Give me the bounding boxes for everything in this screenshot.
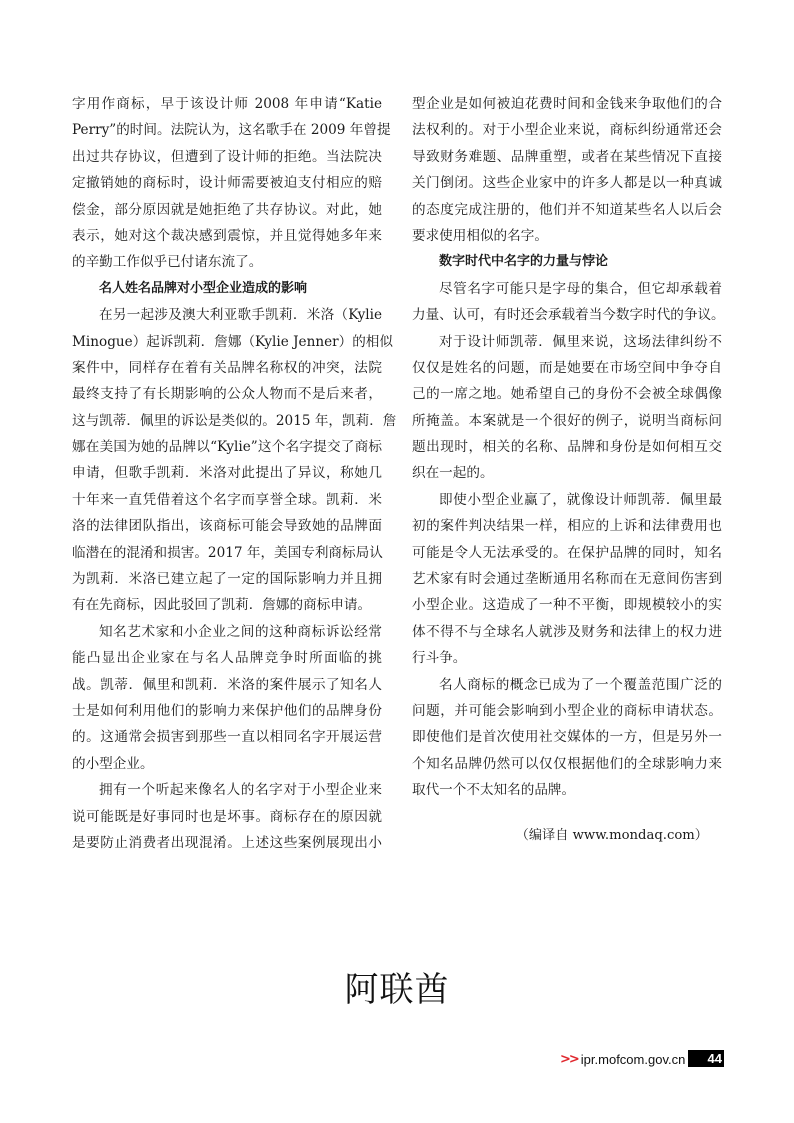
text-line: 知名艺术家和小企业之间的这种商标诉讼经常 bbox=[72, 619, 382, 645]
text-line: 说可能既是好事同时也是坏事。商标存在的原因就 bbox=[72, 804, 382, 830]
section-heading: 数字时代中名字的力量与悖论 bbox=[412, 249, 722, 275]
text-line: 行斗争。 bbox=[412, 645, 722, 671]
text-line: 的小型企业。 bbox=[72, 751, 382, 777]
text-line: 拥有一个听起来像名人的名字对于小型企业来 bbox=[72, 777, 382, 803]
text-line: 名人商标的概念已成为了一个覆盖范围广泛的 bbox=[412, 672, 722, 698]
text-line: 最终支持了有长期影响的公众人物而不是后来者， bbox=[72, 381, 382, 407]
text-line: 临潜在的混淆和损害。2017 年，美国专利商标局认 bbox=[72, 540, 382, 566]
text-line: 能凸显出企业家在与名人品牌竞争时所面临的挑 bbox=[72, 645, 382, 671]
text-line: 定撤销她的商标时，设计师需要被迫支付相应的赔 bbox=[72, 170, 382, 196]
text-line: 关门倒闭。这些企业家中的许多人都是以一种真诚 bbox=[412, 170, 722, 196]
text-line: 申请，但歌手凯莉．米洛对此提出了异议，称她几 bbox=[72, 460, 382, 486]
source-attribution: （编译自 www.mondaq.com） bbox=[412, 823, 722, 849]
text-line: 案件中，同样存在着有关品牌名称权的冲突，法院 bbox=[72, 355, 382, 381]
text-line: 题出现时，相关的名称、品牌和身份是如何相互交 bbox=[412, 434, 722, 460]
text-line: 初的案件判决结果一样，相应的上诉和法律费用也 bbox=[412, 513, 722, 539]
text-line: 有在先商标，因此驳回了凯莉．詹娜的商标申请。 bbox=[72, 592, 382, 618]
text-line: 织在一起的。 bbox=[412, 460, 722, 486]
text-line: 这与凯蒂．佩里的诉讼是类似的。2015 年，凯莉．詹 bbox=[72, 408, 382, 434]
text-line: 仅仅是姓名的问题，而是她要在市场空间中争夺自 bbox=[412, 355, 722, 381]
text-line: 偿金，部分原因就是她拒绝了共存协议。对此，她 bbox=[72, 197, 382, 223]
text-line: 士是如何利用他们的影响力来保护他们的品牌身份 bbox=[72, 698, 382, 724]
page-number: 44 bbox=[688, 1050, 724, 1067]
text-line: 娜在美国为她的品牌以“Kylie”这个名字提交了商标 bbox=[72, 434, 382, 460]
next-article-title: 阿联酋 bbox=[0, 962, 794, 1011]
text-line: 小型企业。这造成了一种不平衡，即规模较小的实 bbox=[412, 592, 722, 618]
text-line: 个知名品牌仍然可以仅仅根据他们的全球影响力来 bbox=[412, 751, 722, 777]
text-line: 即使他们是首次使用社交媒体的一方，但是另外一 bbox=[412, 724, 722, 750]
text-line: Minogue）起诉凯莉．詹娜（Kylie Jenner）的相似 bbox=[72, 329, 382, 355]
text-line: 可能是令人无法承受的。在保护品牌的同时，知名 bbox=[412, 540, 722, 566]
text-line: 洛的法律团队指出，该商标可能会导致她的品牌面 bbox=[72, 513, 382, 539]
text-line: 法权利的。对于小型企业来说，商标纠纷通常还会 bbox=[412, 117, 722, 143]
text-line: 是要防止消费者出现混淆。上述这些案例展现出小 bbox=[72, 830, 382, 856]
text-line: 战。凯蒂．佩里和凯莉．米洛的案件展示了知名人 bbox=[72, 672, 382, 698]
text-line: 尽管名字可能只是字母的集合，但它却承载着 bbox=[412, 276, 722, 302]
text-line: 字用作商标，早于该设计师 2008 年申请“Katie bbox=[72, 91, 382, 117]
right-column: 型企业是如何被迫花费时间和金钱来争取他们的合法权利的。对于小型企业来说，商标纠纷… bbox=[412, 91, 722, 849]
text-line: 在另一起涉及澳大利亚歌手凯莉．米洛（Kylie bbox=[72, 302, 382, 328]
text-line: 取代一个不太知名的品牌。 bbox=[412, 777, 722, 803]
text-line: 十年来一直凭借着这个名字而享誉全球。凯莉．米 bbox=[72, 487, 382, 513]
text-line: 问题，并可能会影响到小型企业的商标申请状态。 bbox=[412, 698, 722, 724]
text-line: Perry”的时间。法院认为，这名歌手在 2009 年曾提 bbox=[72, 117, 382, 143]
site-url[interactable]: ipr.mofcom.gov.cn bbox=[581, 1052, 686, 1067]
text-line: 艺术家有时会通过垄断通用名称而在无意间伤害到 bbox=[412, 566, 722, 592]
text-line: 的辛勤工作似乎已付诸东流了。 bbox=[72, 249, 382, 275]
text-line: 型企业是如何被迫花费时间和金钱来争取他们的合 bbox=[412, 91, 722, 117]
text-line: 的。这通常会损害到那些一直以相同名字开展运营 bbox=[72, 724, 382, 750]
text-line: 对于设计师凯蒂．佩里来说，这场法律纠纷不 bbox=[412, 329, 722, 355]
text-line: 要求使用相似的名字。 bbox=[412, 223, 722, 249]
text-line: 力量、认可，有时还会承载着当今数字时代的争议。 bbox=[412, 302, 722, 328]
text-line: 的态度完成注册的，他们并不知道某些名人以后会 bbox=[412, 197, 722, 223]
double-chevron-icon: >> bbox=[560, 1052, 578, 1067]
text-line: 为凯莉．米洛已建立起了一定的国际影响力并且拥 bbox=[72, 566, 382, 592]
text-line: 体不得不与全球名人就涉及财务和法律上的权力进 bbox=[412, 619, 722, 645]
section-heading: 名人姓名品牌对小型企业造成的影响 bbox=[72, 276, 382, 302]
left-column: 字用作商标，早于该设计师 2008 年申请“KatiePerry”的时间。法院认… bbox=[72, 91, 382, 856]
text-line: 所掩盖。本案就是一个很好的例子，说明当商标问 bbox=[412, 408, 722, 434]
text-line: 导致财务难题、品牌重塑，或者在某些情况下直接 bbox=[412, 144, 722, 170]
text-line: 出过共存协议，但遭到了设计师的拒绝。当法院决 bbox=[72, 144, 382, 170]
text-line: 己的一席之地。她希望自己的身份不会被全球偶像 bbox=[412, 381, 722, 407]
text-line: 即使小型企业赢了，就像设计师凯蒂．佩里最 bbox=[412, 487, 722, 513]
page-footer: >> ipr.mofcom.gov.cn 44 bbox=[560, 1050, 685, 1068]
text-line: 表示，她对这个裁决感到震惊，并且觉得她多年来 bbox=[72, 223, 382, 249]
